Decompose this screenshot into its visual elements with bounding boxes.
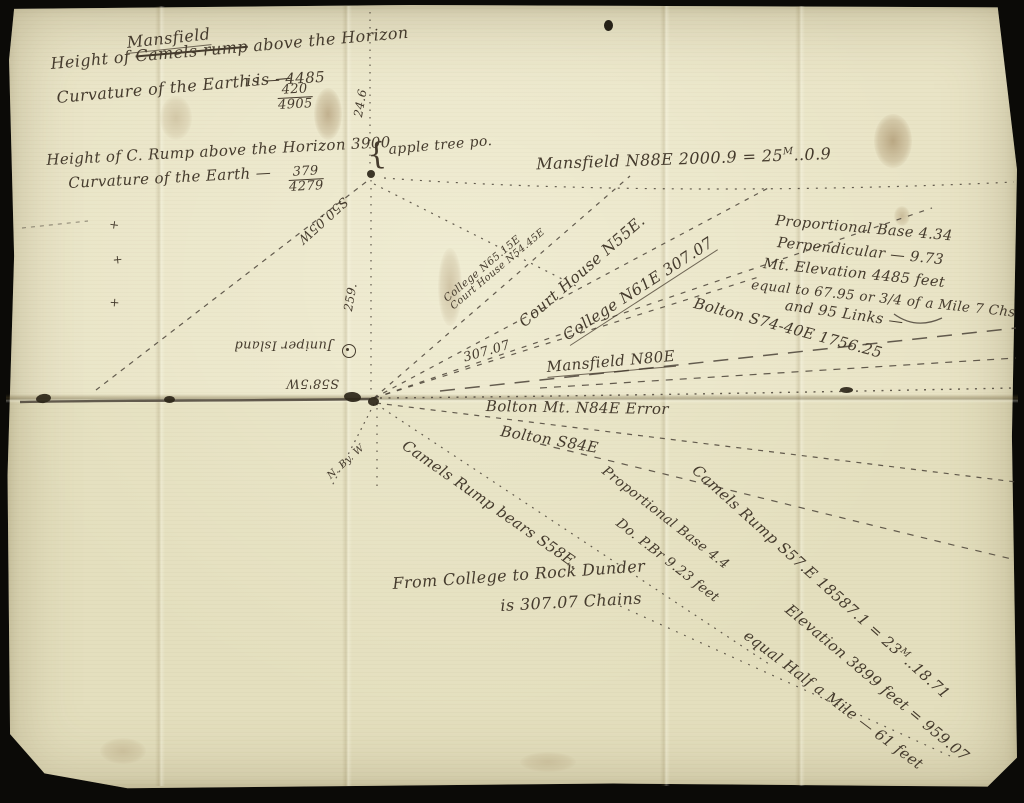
ink-speck — [604, 20, 613, 31]
note-bolton-mt-n84e: Bolton Mt. N84E Error — [486, 399, 669, 418]
margin-tick: + — [112, 253, 124, 267]
fraction-denominator: 4905 — [278, 97, 313, 112]
ink-blob — [840, 387, 853, 393]
ink-blob — [164, 396, 175, 403]
scanned-survey-document: Mansfield Height of Camels rump above th… — [0, 0, 1024, 803]
margin-tick: + — [109, 296, 120, 309]
brace-glyph: { — [366, 138, 388, 171]
station-point — [368, 397, 379, 406]
apple-tree-point — [367, 170, 375, 178]
juniper-island-point — [342, 344, 356, 358]
note-s58-5w: S58'5W — [286, 376, 339, 390]
margin-tick: + — [108, 218, 120, 232]
fraction-379-4279: 3794279 — [288, 164, 324, 194]
n88e-post: ..0.9 — [793, 144, 831, 164]
note-juniper-island: Juniper Island — [234, 338, 333, 352]
fraction-420-4905: 4204905 — [277, 82, 313, 112]
fraction-denominator: 4279 — [289, 179, 324, 194]
